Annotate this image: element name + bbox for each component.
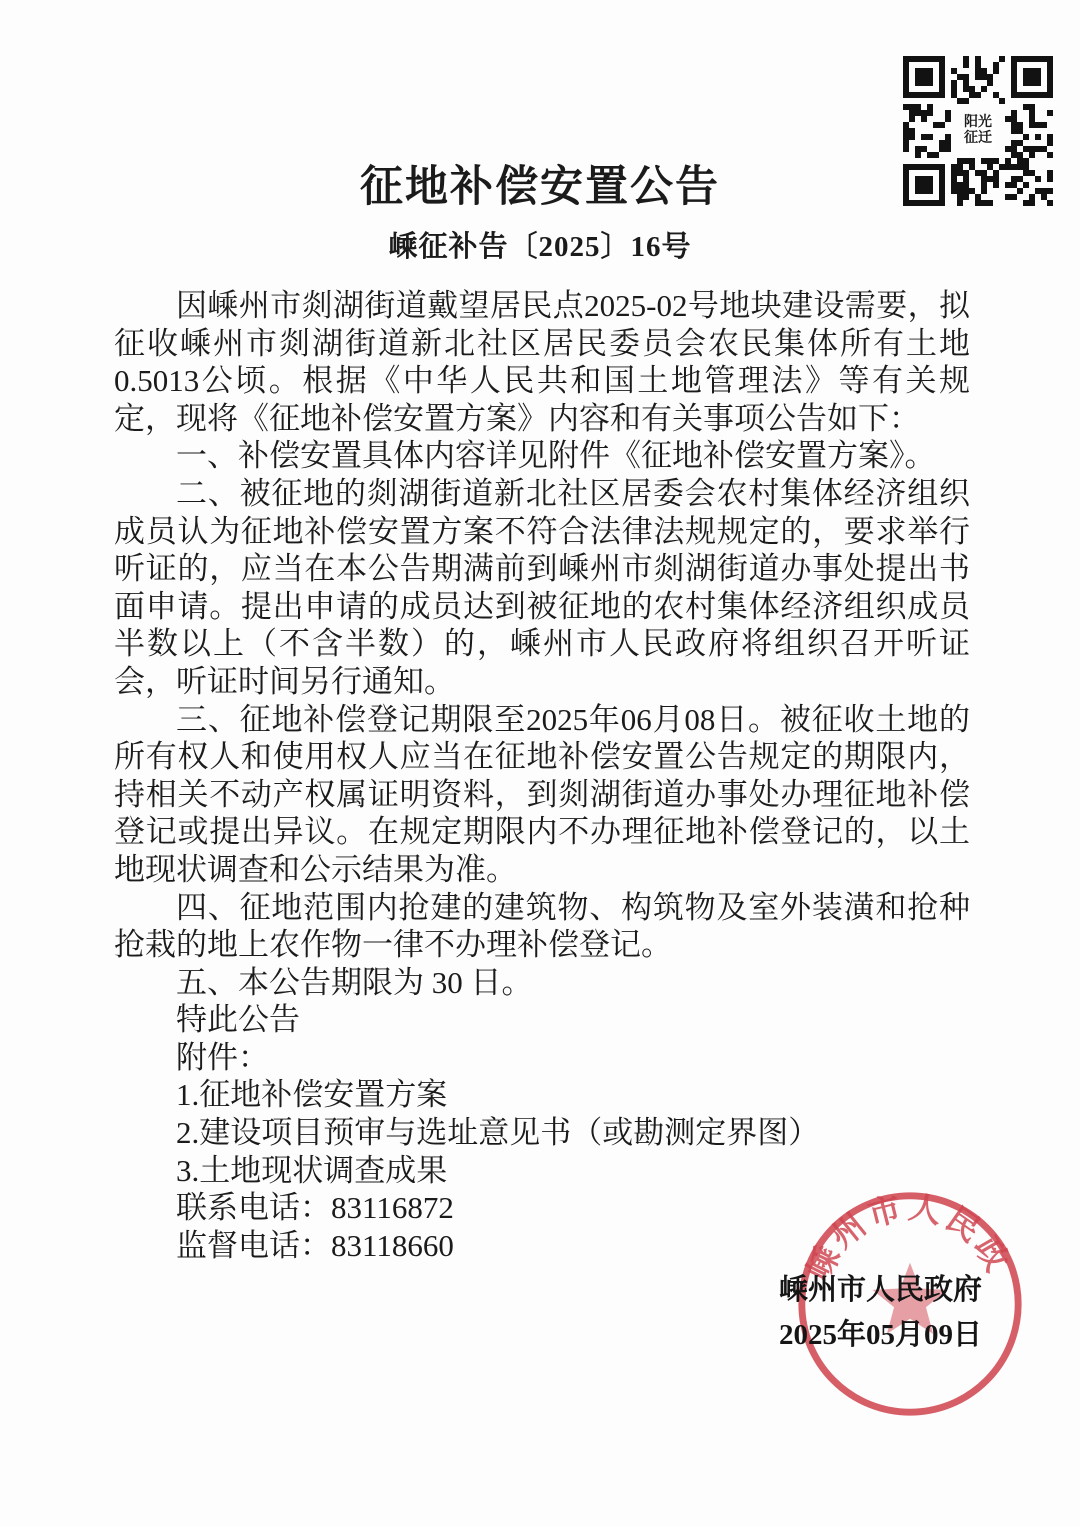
document-body: 因嵊州市剡湖街道戴望居民点2025-02号地块建设需要，拟征收嵊州市剡湖街道新北… <box>114 287 970 1264</box>
item-3-paragraph: 三、征地补偿登记期限至2025年06月08日。被征收土地的所有权人和使用权人应当… <box>114 701 970 889</box>
attachment-item-2: 2.建设项目预审与选址意见书（或勘测定界图） <box>114 1114 970 1152</box>
intro-paragraph: 因嵊州市剡湖街道戴望居民点2025-02号地块建设需要，拟征收嵊州市剡湖街道新北… <box>114 287 970 437</box>
contact-phone-line: 联系电话：83116872 <box>114 1189 970 1227</box>
announcement-page: 阳光征迁 征地补偿安置公告 嵊征补告〔2025〕16号 因嵊州市剡湖街道戴望居民… <box>0 0 1080 1526</box>
supervise-phone-label: 监督电话： <box>176 1228 331 1263</box>
attachment-item-1: 1.征地补偿安置方案 <box>114 1076 970 1114</box>
issuer-name: 嵊州市人民政府 <box>768 1268 993 1313</box>
document-number: 嵊征补告〔2025〕16号 <box>0 224 1080 265</box>
item-5-paragraph: 五、本公告期限为 30 日。 <box>114 964 970 1002</box>
attachment-item-3: 3.土地现状调查成果 <box>114 1152 970 1190</box>
issue-date: 2025年05月09日 <box>768 1313 993 1358</box>
closing-line: 特此公告 <box>114 1001 970 1039</box>
document-title: 征地补偿安置公告 <box>0 153 1080 214</box>
contact-phone-number: 83116872 <box>331 1190 454 1225</box>
item-4-paragraph: 四、征地范围内抢建的建筑物、构筑物及室外装潢和抢种抢栽的地上农作物一律不办理补偿… <box>114 889 970 964</box>
qr-center-label: 阳光征迁 <box>961 114 995 148</box>
contact-phone-label: 联系电话： <box>176 1190 331 1225</box>
attachments-label: 附件： <box>114 1039 970 1077</box>
item-1-paragraph: 一、补偿安置具体内容详见附件《征地补偿安置方案》。 <box>114 437 970 475</box>
supervise-phone-number: 83118660 <box>331 1228 454 1263</box>
supervise-phone-line: 监督电话：83118660 <box>114 1227 970 1265</box>
item-2-paragraph: 二、被征地的剡湖街道新北社区居委会农村集体经济组织成员认为征地补偿安置方案不符合… <box>114 475 970 701</box>
signature-block: 嵊州市人民政府 2025年05月09日 <box>768 1268 993 1358</box>
